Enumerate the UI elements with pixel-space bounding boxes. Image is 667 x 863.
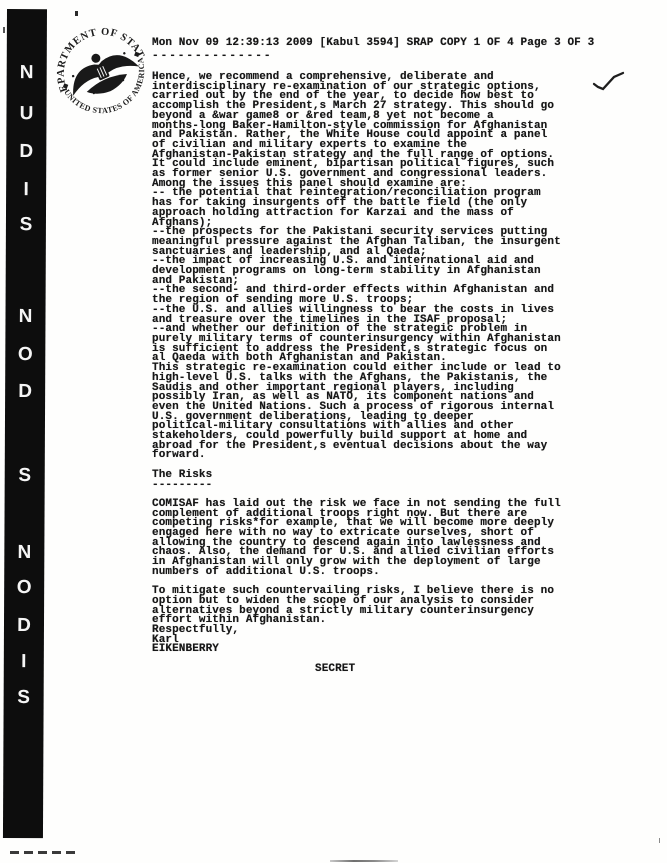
stamp-letter: S [6, 215, 46, 235]
edge-scan-tick [659, 838, 660, 843]
closing-paragraph: To mitigate such countervailing risks, I… [152, 587, 561, 626]
stamp-letter: S [5, 466, 45, 486]
fax-header-line: Mon Nov 09 12:39:13 2009 [Kabul 3594] SR… [152, 39, 594, 49]
classification-footer: SECRET [315, 665, 561, 675]
stamp-letter: I [6, 180, 46, 200]
department-of-state-seal-icon: DEPARTMENT OF STATE UNITED STATES OF AME… [50, 20, 154, 124]
stamp-letter: D [4, 616, 44, 636]
stamp-letter: S [4, 688, 44, 708]
signature-block: Respectfully, Karl EIKENBERRY [152, 626, 561, 655]
stamp-letter: U [6, 104, 46, 124]
footer-faint-line [330, 860, 398, 862]
recommendation-paragraphs: Hence, we recommend a comprehensive, del… [152, 73, 561, 461]
nodis-classification-strip: NUDISNODSNODIS [3, 9, 47, 838]
risks-heading: The Risks [152, 471, 561, 481]
stamp-letter: D [6, 142, 46, 162]
stamp-letter: O [4, 578, 44, 598]
seal-svg: DEPARTMENT OF STATE UNITED STATES OF AME… [50, 20, 154, 124]
footer-dash-marks [10, 851, 80, 854]
scan-noise-mark [75, 11, 78, 16]
handwritten-checkmark-icon [592, 69, 626, 95]
risks-heading-underline: --------- [152, 481, 561, 491]
stamp-letter: I [4, 652, 44, 672]
dashed-rule: -------------- [152, 52, 272, 62]
risks-paragraph: COMISAF has laid out the risk we face in… [152, 500, 561, 578]
stamp-letter: D [5, 382, 45, 402]
cable-body: Hence, we recommend a comprehensive, del… [152, 73, 561, 675]
scanned-cable-page: NUDISNODSNODIS DEPARTMENT OF STATE UNITE… [0, 0, 667, 863]
stamp-letter: N [4, 543, 44, 563]
stamp-letter: O [5, 345, 45, 365]
stamp-letter: N [7, 63, 47, 83]
scan-noise-mark [3, 27, 5, 33]
stamp-letter: N [5, 307, 45, 327]
